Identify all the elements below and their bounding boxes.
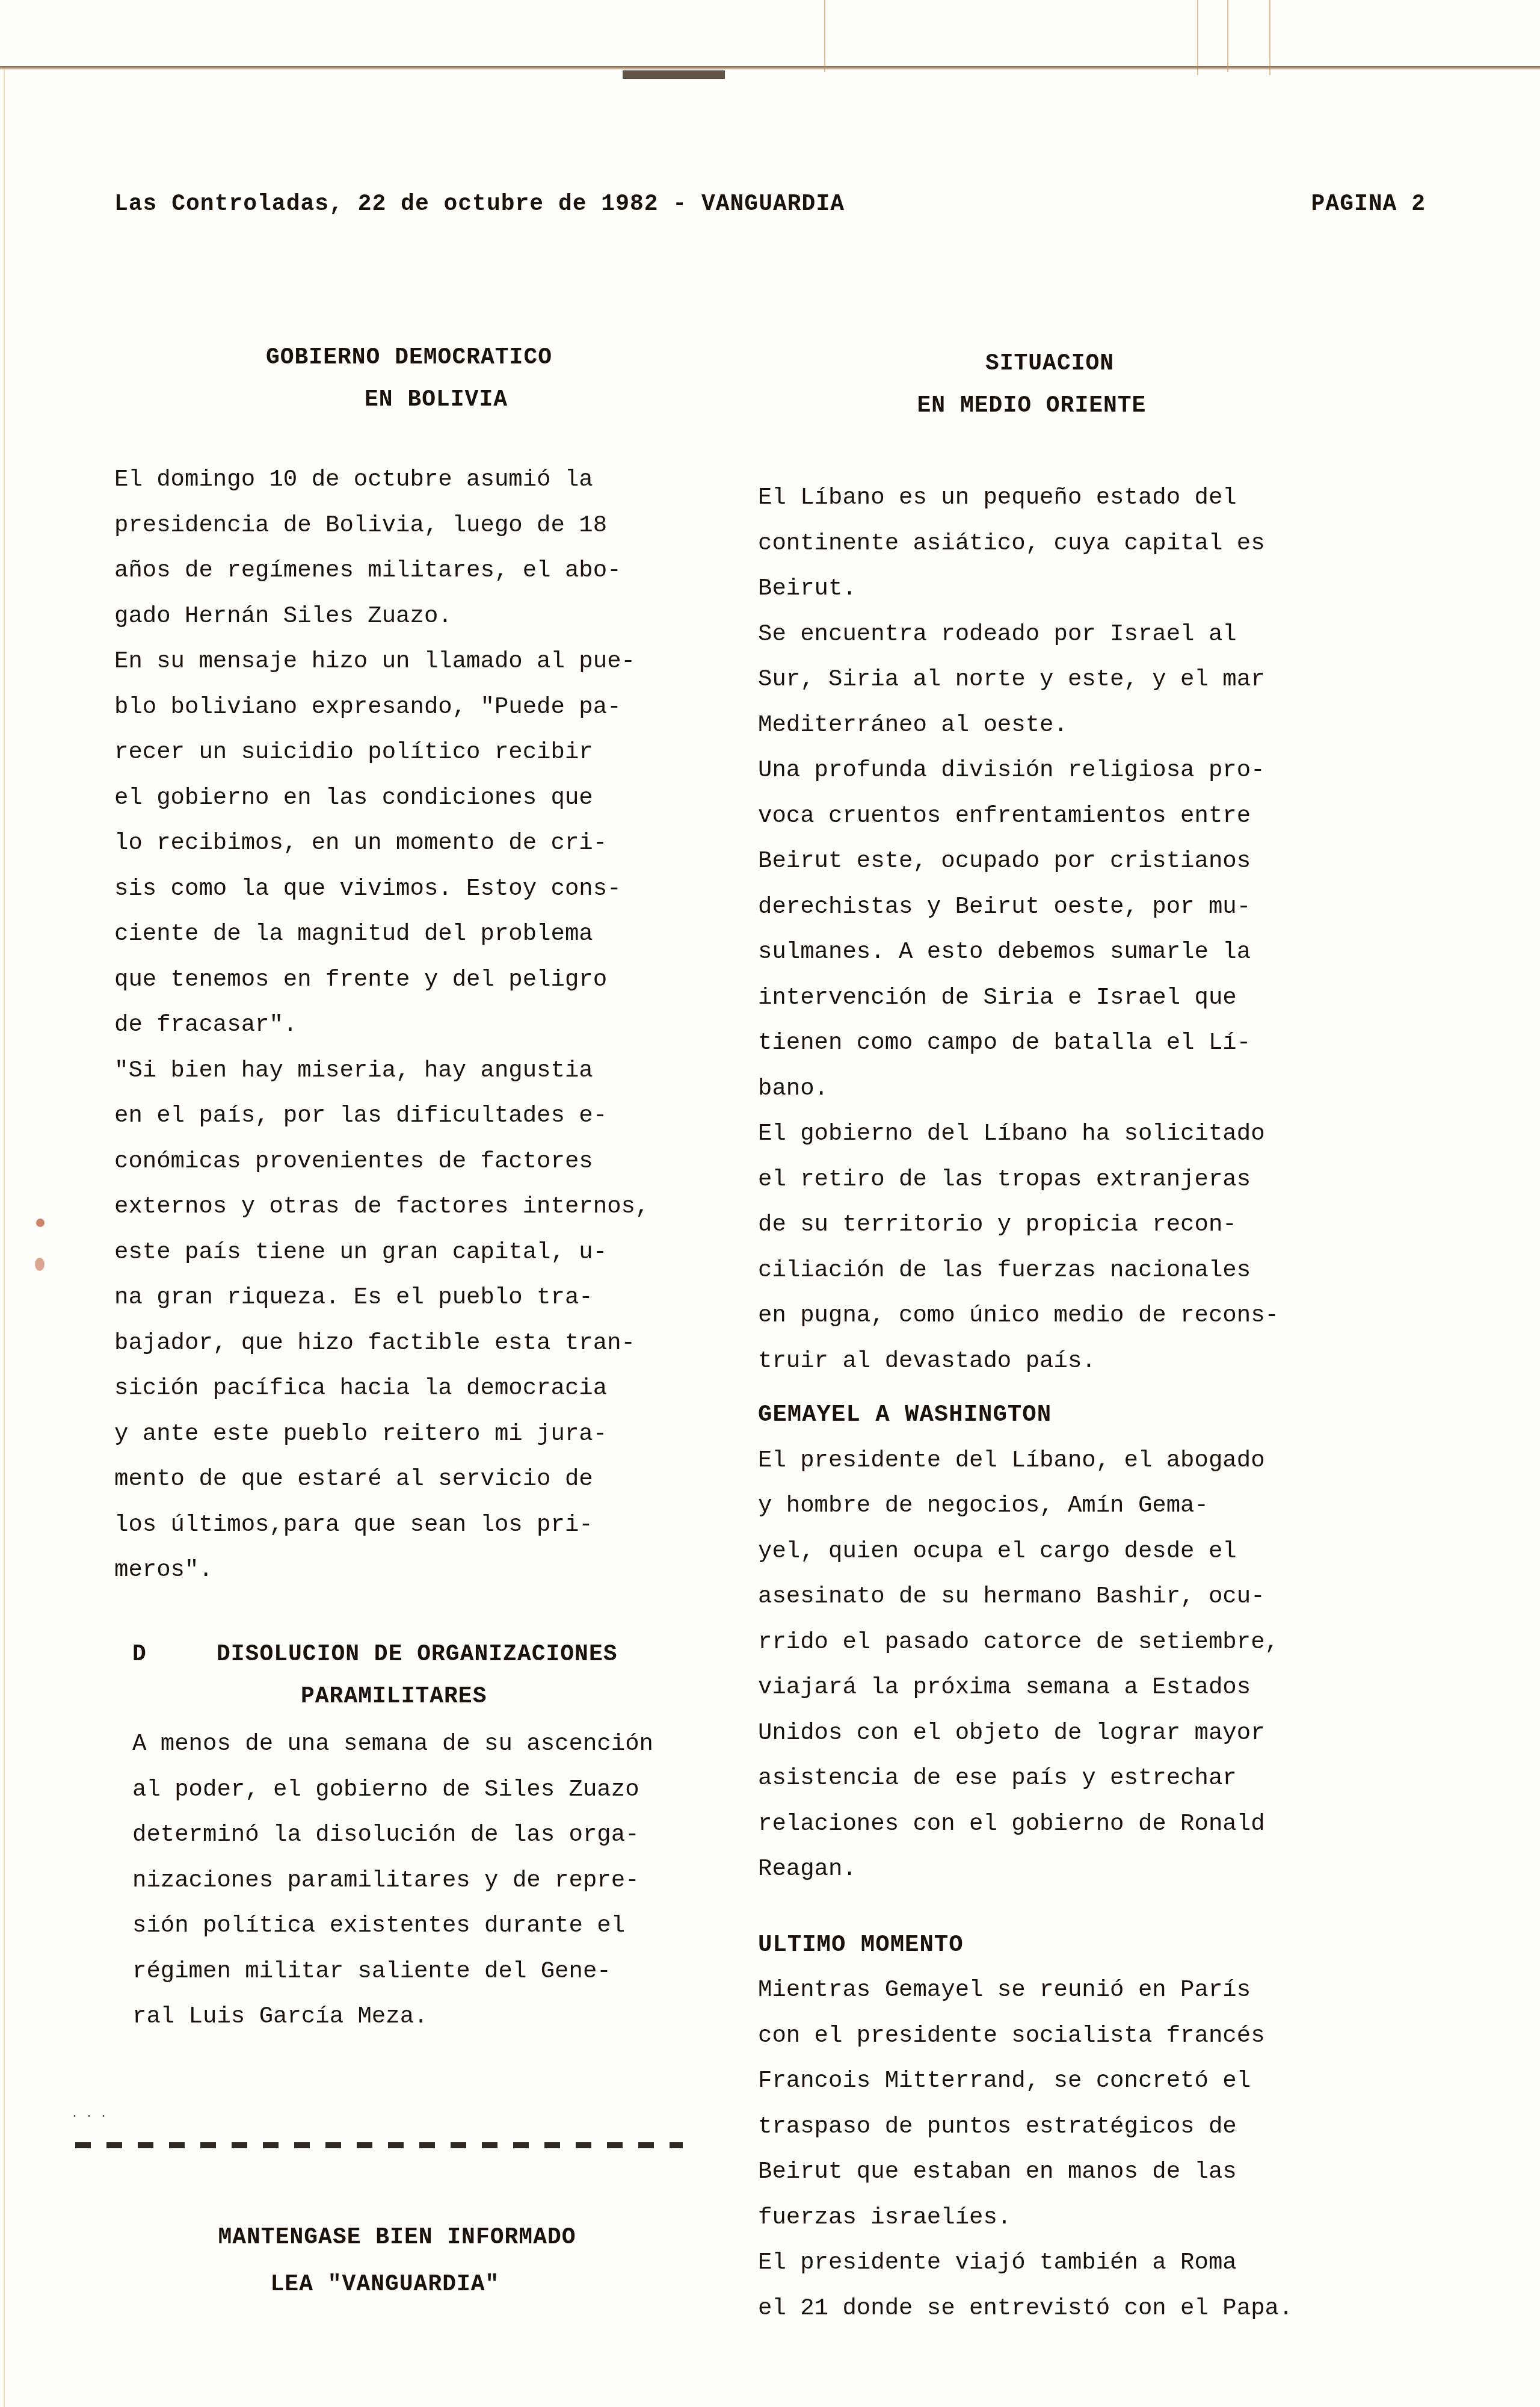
- text-line: na gran riqueza. Es el pueblo tra-: [114, 1275, 722, 1321]
- text-line: conómicas provenientes de factores: [114, 1139, 722, 1185]
- text-line: bano.: [758, 1066, 1378, 1112]
- text-line: lo recibimos, en un momento de cri-: [114, 821, 722, 867]
- article-subhead: GEMAYEL A WASHINGTON: [758, 1392, 1378, 1438]
- text-line: Una profunda división religiosa pro-: [758, 748, 1378, 794]
- promo-line: LEA "VANGUARDIA": [114, 2261, 656, 2308]
- text-line: Francois Mitterrand, se concretó el: [758, 2059, 1378, 2104]
- text-line: asistencia de ese país y estrechar: [758, 1756, 1378, 1802]
- text-line: régimen militar saliente del Gene-: [132, 1949, 734, 1995]
- article-body: El Líbano es un pequeño estado delcontin…: [758, 475, 1378, 1384]
- text-line: sulmanes. A esto debemos sumarle la: [758, 930, 1378, 975]
- text-line: Reagan.: [758, 1847, 1378, 1893]
- text-line: sión política existentes durante el: [132, 1903, 734, 1949]
- text-line: sición pacífica hacia la democracia: [114, 1366, 722, 1412]
- article-body: Mientras Gemayel se reunió en Paríscon e…: [758, 1968, 1378, 2331]
- text-line: El presidente del Líbano, el abogado: [758, 1438, 1378, 1484]
- text-line: determinó la disolución de las orga-: [132, 1812, 734, 1858]
- text-line: Sur, Siria al norte y este, y el mar: [758, 657, 1378, 703]
- article-title: GOBIERNO DEMOCRATICO: [96, 337, 722, 379]
- text-line: Se encuentra rodeado por Israel al: [758, 612, 1378, 658]
- text-line: Beirut que estaban en manos de las: [758, 2149, 1378, 2195]
- left-column: GOBIERNO DEMOCRATICO EN BOLIVIA El domin…: [114, 337, 722, 1593]
- text-line: mento de que estaré al servicio de: [114, 1457, 722, 1503]
- text-line: y hombre de negocios, Amín Gema-: [758, 1483, 1378, 1529]
- text-line: al poder, el gobierno de Siles Zuazo: [132, 1767, 734, 1813]
- article-subhead: ULTIMO MOMENTO: [758, 1923, 1378, 1968]
- text-line: ciliación de las fuerzas nacionales: [758, 1248, 1378, 1294]
- article-body: A menos de una semana de su ascenciónal …: [132, 1722, 734, 2040]
- article-body: El domingo 10 de octubre asumió lapresid…: [114, 457, 722, 1593]
- text-line: derechistas y Beirut oeste, por mu-: [758, 885, 1378, 930]
- text-line: asesinato de su hermano Bashir, ocu-: [758, 1574, 1378, 1620]
- text-line: meros".: [114, 1548, 722, 1593]
- text-line: de su territorio y propicia recon-: [758, 1202, 1378, 1248]
- text-line: El domingo 10 de octubre asumió la: [114, 457, 722, 503]
- text-line: "Si bien hay miseria, hay angustia: [114, 1048, 722, 1094]
- text-line: Mediterráneo al oeste.: [758, 703, 1378, 749]
- text-line: años de regímenes militares, el abo-: [114, 548, 722, 594]
- text-line: el 21 donde se entrevistó con el Papa.: [758, 2286, 1378, 2332]
- text-line: continente asiático, cuya capital es: [758, 521, 1378, 567]
- text-line: rrido el pasado catorce de setiembre,: [758, 1620, 1378, 1666]
- text-line: ciente de la magnitud del problema: [114, 912, 722, 957]
- paper-streak: [1269, 0, 1270, 75]
- page-edge: [4, 66, 5, 2407]
- paper-streak: [824, 0, 825, 72]
- text-line: gado Hernán Siles Zuazo.: [114, 594, 722, 640]
- text-line: Beirut este, ocupado por cristianos: [758, 839, 1378, 885]
- text-line: de fracasar".: [114, 1003, 722, 1048]
- text-line: este país tiene un gran capital, u-: [114, 1230, 722, 1276]
- page-header: Las Controladas, 22 de octubre de 1982 -…: [114, 191, 1426, 221]
- text-line: con el presidente socialista francés: [758, 2013, 1378, 2059]
- text-line: yel, quien ocupa el cargo desde el: [758, 1529, 1378, 1575]
- ink-stain: [36, 1219, 45, 1227]
- text-line: bajador, que hizo factible esta tran-: [114, 1321, 722, 1367]
- text-line: y ante este pueblo reitero mi jura-: [114, 1412, 722, 1457]
- article-disolucion: DDISOLUCION DE ORGANIZACIONES PARAMILITA…: [132, 1634, 734, 2040]
- date-line: Las Controladas, 22 de octubre de 1982 -…: [114, 191, 845, 217]
- article-title: PARAMILITARES: [132, 1676, 734, 1718]
- text-line: externos y otras de factores internos,: [114, 1184, 722, 1230]
- text-line: el gobierno en las condiciones que: [114, 776, 722, 821]
- ink-stain: [35, 1258, 45, 1271]
- article-title: EN BOLIVIA: [150, 379, 722, 421]
- text-line: blo boliviano expresando, "Puede pa-: [114, 685, 722, 731]
- text-line: viajará la próxima semana a Estados: [758, 1665, 1378, 1711]
- text-line: en el país, por las dificultades e-: [114, 1093, 722, 1139]
- paper-streak: [1227, 0, 1228, 72]
- article-number: D: [132, 1634, 217, 1676]
- text-line: nizaciones paramilitares y de repre-: [132, 1858, 734, 1904]
- promo-box: MANTENGASE BIEN INFORMADO LEA "VANGUARDI…: [114, 2214, 656, 2308]
- text-line: truir al devastado país.: [758, 1339, 1378, 1385]
- text-line: traspaso de puntos estratégicos de: [758, 2104, 1378, 2150]
- article-title: SITUACION: [722, 343, 1378, 385]
- promo-line: MANTENGASE BIEN INFORMADO: [138, 2214, 656, 2261]
- text-line: El presidente viajó también a Roma: [758, 2240, 1378, 2286]
- article-title: EN MEDIO ORIENTE: [686, 385, 1378, 427]
- text-line: tienen como campo de batalla el Lí-: [758, 1021, 1378, 1066]
- paper-fold-line: [0, 66, 1540, 70]
- article-body: El presidente del Líbano, el abogadoy ho…: [758, 1438, 1378, 1893]
- paper-streak: [1197, 0, 1198, 75]
- text-line: los últimos,para que sean los pri-: [114, 1503, 722, 1548]
- text-line: El Líbano es un pequeño estado del: [758, 475, 1378, 521]
- text-line: voca cruentos enfrentamientos entre: [758, 794, 1378, 839]
- text-line: recer un suicidio político recibir: [114, 730, 722, 776]
- text-line: Mientras Gemayel se reunió en París: [758, 1968, 1378, 2013]
- text-line: fuerzas israelíes.: [758, 2195, 1378, 2241]
- paper-fold-shadow: [623, 70, 725, 79]
- article-title: DDISOLUCION DE ORGANIZACIONES: [132, 1634, 734, 1676]
- text-line: ral Luis García Meza.: [132, 1994, 734, 2040]
- page-number: PAGINA 2: [1311, 191, 1426, 217]
- text-line: A menos de una semana de su ascención: [132, 1722, 734, 1767]
- text-line: en pugna, como único medio de recons-: [758, 1293, 1378, 1339]
- text-line: Beirut.: [758, 566, 1378, 612]
- text-line: el retiro de las tropas extranjeras: [758, 1157, 1378, 1203]
- right-column: SITUACION EN MEDIO ORIENTE El Líbano es …: [758, 343, 1378, 2331]
- text-line: presidencia de Bolivia, luego de 18: [114, 503, 722, 549]
- text-line: que tenemos en frente y del peligro: [114, 957, 722, 1003]
- text-line: relaciones con el gobierno de Ronald: [758, 1802, 1378, 1847]
- text-line: En su mensaje hizo un llamado al pue-: [114, 639, 722, 685]
- text-line: intervención de Siria e Israel que: [758, 975, 1378, 1021]
- text-line: sis como la que vivimos. Estoy cons-: [114, 867, 722, 912]
- dashed-divider: [75, 2142, 683, 2148]
- text-line: Unidos con el objeto de lograr mayor: [758, 1711, 1378, 1757]
- text-line: El gobierno del Líbano ha solicitado: [758, 1111, 1378, 1157]
- stray-marks: . . .: [71, 2107, 107, 2121]
